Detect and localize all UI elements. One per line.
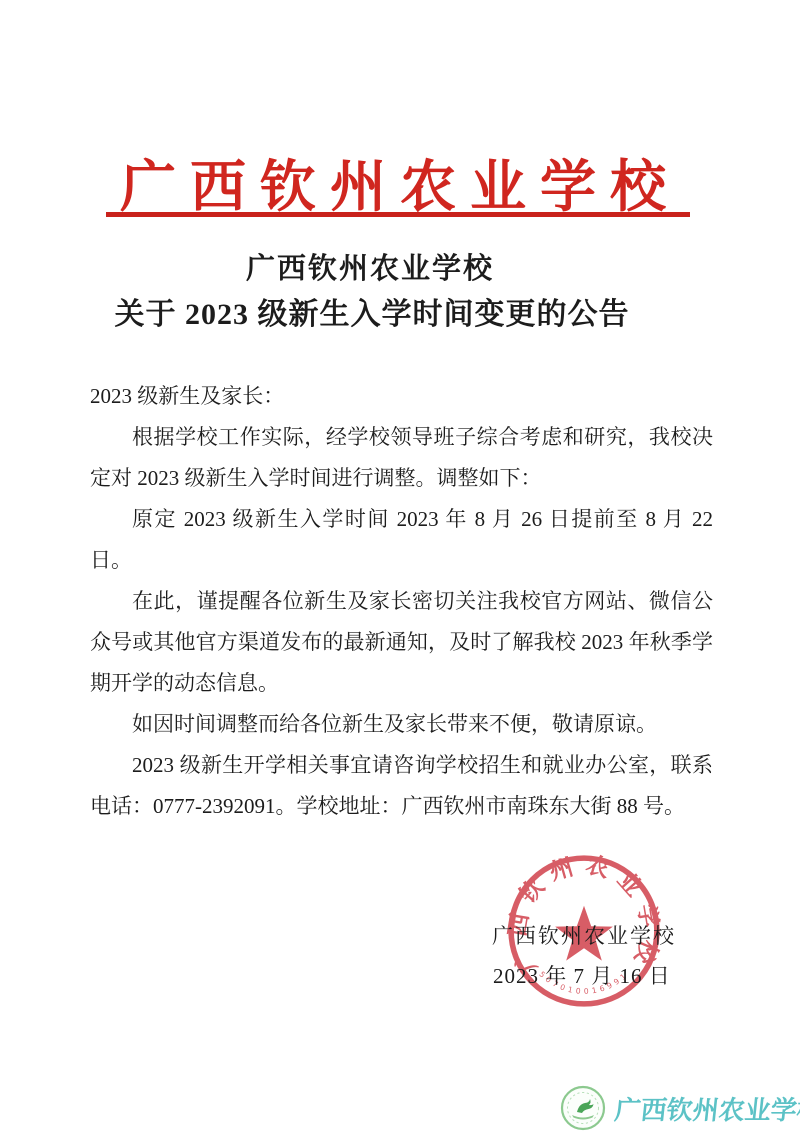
- signoff-school-name: 广西钦州农业学校: [492, 920, 676, 950]
- paragraph-1: 根据学校工作实际，经学校领导班子综合考虑和研究，我校决定对 2023 级新生入学…: [90, 417, 713, 499]
- seal-ring-text-holder: 广西钦州农业学校: [505, 852, 665, 977]
- paragraph-3: 在此，谨提醒各位新生及家长密切关注我校官方网站、微信公众号或其他官方渠道发布的最…: [90, 581, 713, 704]
- footer-logo-text: 广西钦州农业学校: [613, 1090, 800, 1127]
- school-emblem-icon: [560, 1084, 606, 1132]
- doc-title-line1: 广西钦州农业学校: [0, 246, 740, 287]
- document-page: 广西钦州农业学校 广西钦州农业学校 关于 2023 级新生入学时间变更的公告 2…: [0, 0, 800, 1141]
- paragraph-2: 原定 2023 级新生入学时间 2023 年 8 月 26 日提前至 8 月 2…: [90, 499, 713, 581]
- paragraph-5: 2023 级新生开学相关事宜请咨询学校招生和就业办公室，联系电话：0777-23…: [90, 745, 713, 827]
- document-body: 2023 级新生及家长： 根据学校工作实际，经学校领导班子综合考虑和研究，我校决…: [90, 376, 713, 827]
- signoff-date: 2023 年 7 月 16 日: [493, 960, 671, 990]
- seal-ring-text: 广西钦州农业学校: [505, 852, 665, 977]
- masthead-school-name: 广西钦州农业学校: [0, 143, 800, 223]
- masthead-rule: [106, 212, 690, 217]
- doc-title-line2: 关于 2023 级新生入学时间变更的公告: [0, 289, 744, 333]
- paragraph-4: 如因时间调整而给各位新生及家长带来不便，敬请原谅。: [90, 704, 713, 745]
- salutation: 2023 级新生及家长：: [90, 376, 713, 417]
- footer-logo: 广西钦州农业学校: [560, 1084, 800, 1132]
